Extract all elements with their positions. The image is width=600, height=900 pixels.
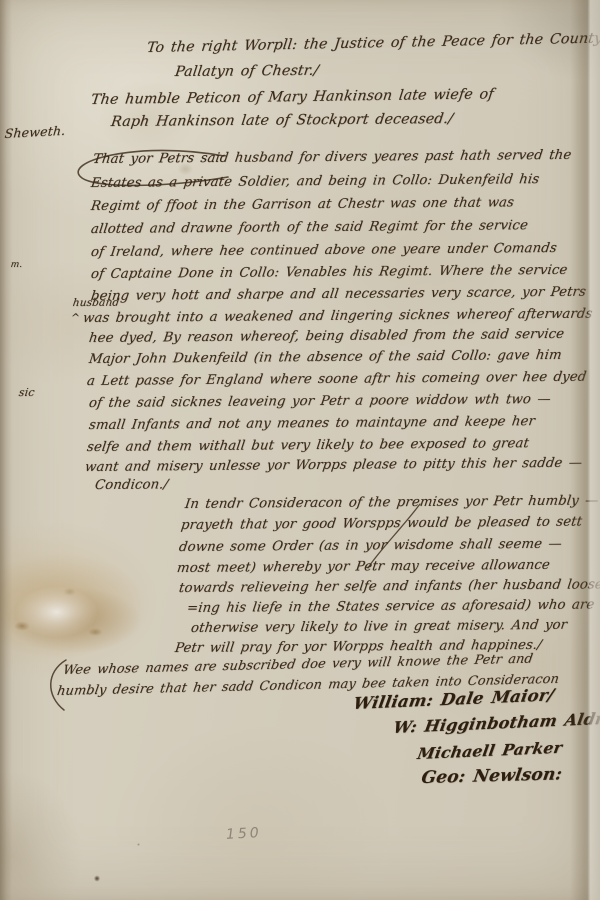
ink-speck: [137, 843, 140, 846]
margin-note-sic: sic: [18, 386, 36, 399]
body-line: Condicon./: [94, 477, 169, 493]
ink-speck: [94, 875, 100, 882]
signature-newlson: Geo: Newlson:: [420, 764, 563, 788]
manuscript-scan: To the right Worpll: the Justice of the …: [0, 0, 600, 900]
folio-number-pencil: 150: [226, 825, 263, 843]
heading-line-4: Raph Hankinson late of Stockport decease…: [110, 111, 454, 130]
insertion-caret: ^: [70, 312, 81, 324]
heading-line-2: Pallatyn of Chestr./: [174, 63, 320, 80]
binding-edge-shadow: [0, 0, 12, 900]
page-deckle-edge: [570, 0, 600, 900]
